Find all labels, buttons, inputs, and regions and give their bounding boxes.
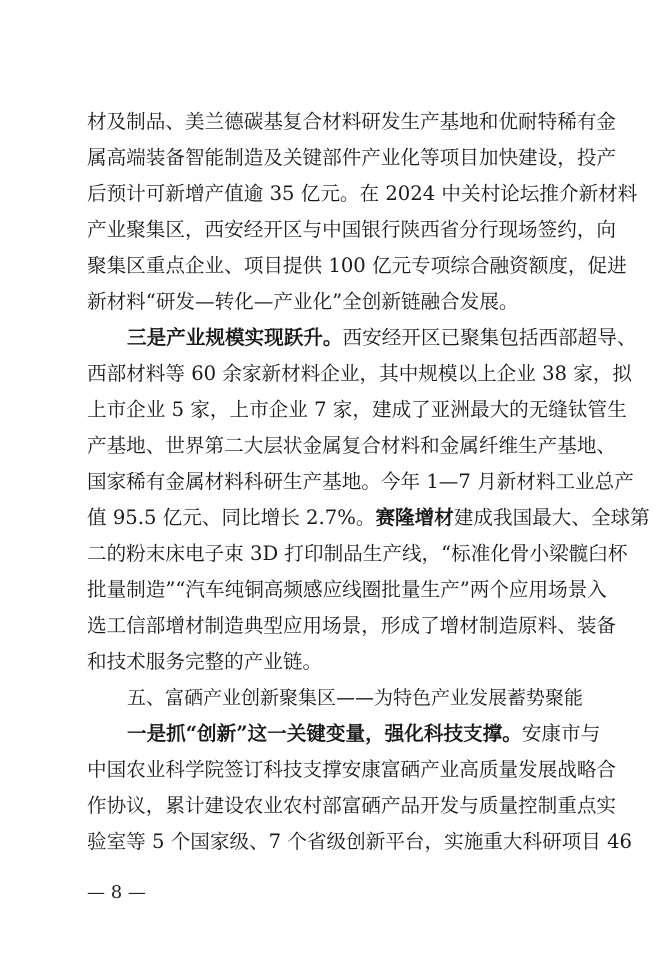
text-line: 验室等 5 个国家级、7 个省级创新平台，实施重大科研项目 46	[87, 824, 591, 860]
text-line: 和技术服务完整的产业链。	[87, 644, 591, 680]
text-line: 中国农业科学院签订科技支撑安康富硒产业高质量发展战略合	[87, 752, 591, 788]
text-line-mixed: 值 95.5 亿元、同比增长 2.7%。赛隆增材建成我国最大、全球第	[87, 500, 591, 536]
text-line: 属高端装备智能制造及关键部件产业化等项目加快建设，投产	[87, 140, 591, 176]
text-line: 后预计可新增产值逾 35 亿元。在 2024 中关村论坛推介新材料	[87, 176, 591, 212]
body-text: 材及制品、美兰德碳基复合材料研发生产基地和优耐特稀有金 属高端装备智能制造及关键…	[87, 104, 591, 860]
text-line: 选工信部增材制造典型应用场景，形成了增材制造原料、装备	[87, 608, 591, 644]
text-span: 西安经开区已聚集包括西部超导、	[343, 326, 637, 349]
document-page: 材及制品、美兰德碳基复合材料研发生产基地和优耐特稀有金 属高端装备智能制造及关键…	[0, 0, 662, 974]
page-number: — 8 —	[87, 880, 146, 906]
text-line: 材及制品、美兰德碳基复合材料研发生产基地和优耐特稀有金	[87, 104, 591, 140]
text-span: 值 95.5 亿元、同比增长 2.7%。	[87, 506, 375, 529]
text-line: 作协议，累计建设农业农村部富硒产品开发与质量控制重点实	[87, 788, 591, 824]
bold-lead-text: 三是产业规模实现跃升。	[127, 326, 343, 349]
text-line: 新材料“研发—转化—产业化”全创新链融合发展。	[87, 284, 591, 320]
text-line: 产业聚集区，西安经开区与中国银行陕西省分行现场签约，向	[87, 212, 591, 248]
paragraph-lead-line: 一是抓“创新”这一关键变量，强化科技支撑。安康市与	[87, 716, 591, 752]
text-line: 上市企业 5 家，上市企业 7 家，建成了亚洲最大的无缝钛管生	[87, 392, 591, 428]
section-heading: 五、富硒产业创新聚集区——为特色产业发展蓄势聚能	[87, 680, 591, 716]
text-span: 建成我国最大、全球第	[454, 506, 650, 529]
text-span: 安康市与	[522, 722, 600, 745]
paragraph-lead-line: 三是产业规模实现跃升。西安经开区已聚集包括西部超导、	[87, 320, 591, 356]
text-line: 聚集区重点企业、项目提供 100 亿元专项综合融资额度，促进	[87, 248, 591, 284]
bold-lead-text: 一是抓“创新”这一关键变量，强化科技支撑。	[127, 722, 522, 745]
text-line: 西部材料等 60 余家新材料企业，其中规模以上企业 38 家，拟	[87, 356, 591, 392]
text-line: 产基地、世界第二大层状金属复合材料和金属纤维生产基地、	[87, 428, 591, 464]
bold-company-name: 赛隆增材	[375, 506, 453, 529]
text-line: 二的粉末床电子束 3D 打印制品生产线，“标准化骨小梁髋臼杯	[87, 536, 591, 572]
text-line: 批量制造”“汽车纯铜高频感应线圈批量生产”两个应用场景入	[87, 572, 591, 608]
text-line: 国家稀有金属材料科研生产基地。今年 1—7 月新材料工业总产	[87, 464, 591, 500]
